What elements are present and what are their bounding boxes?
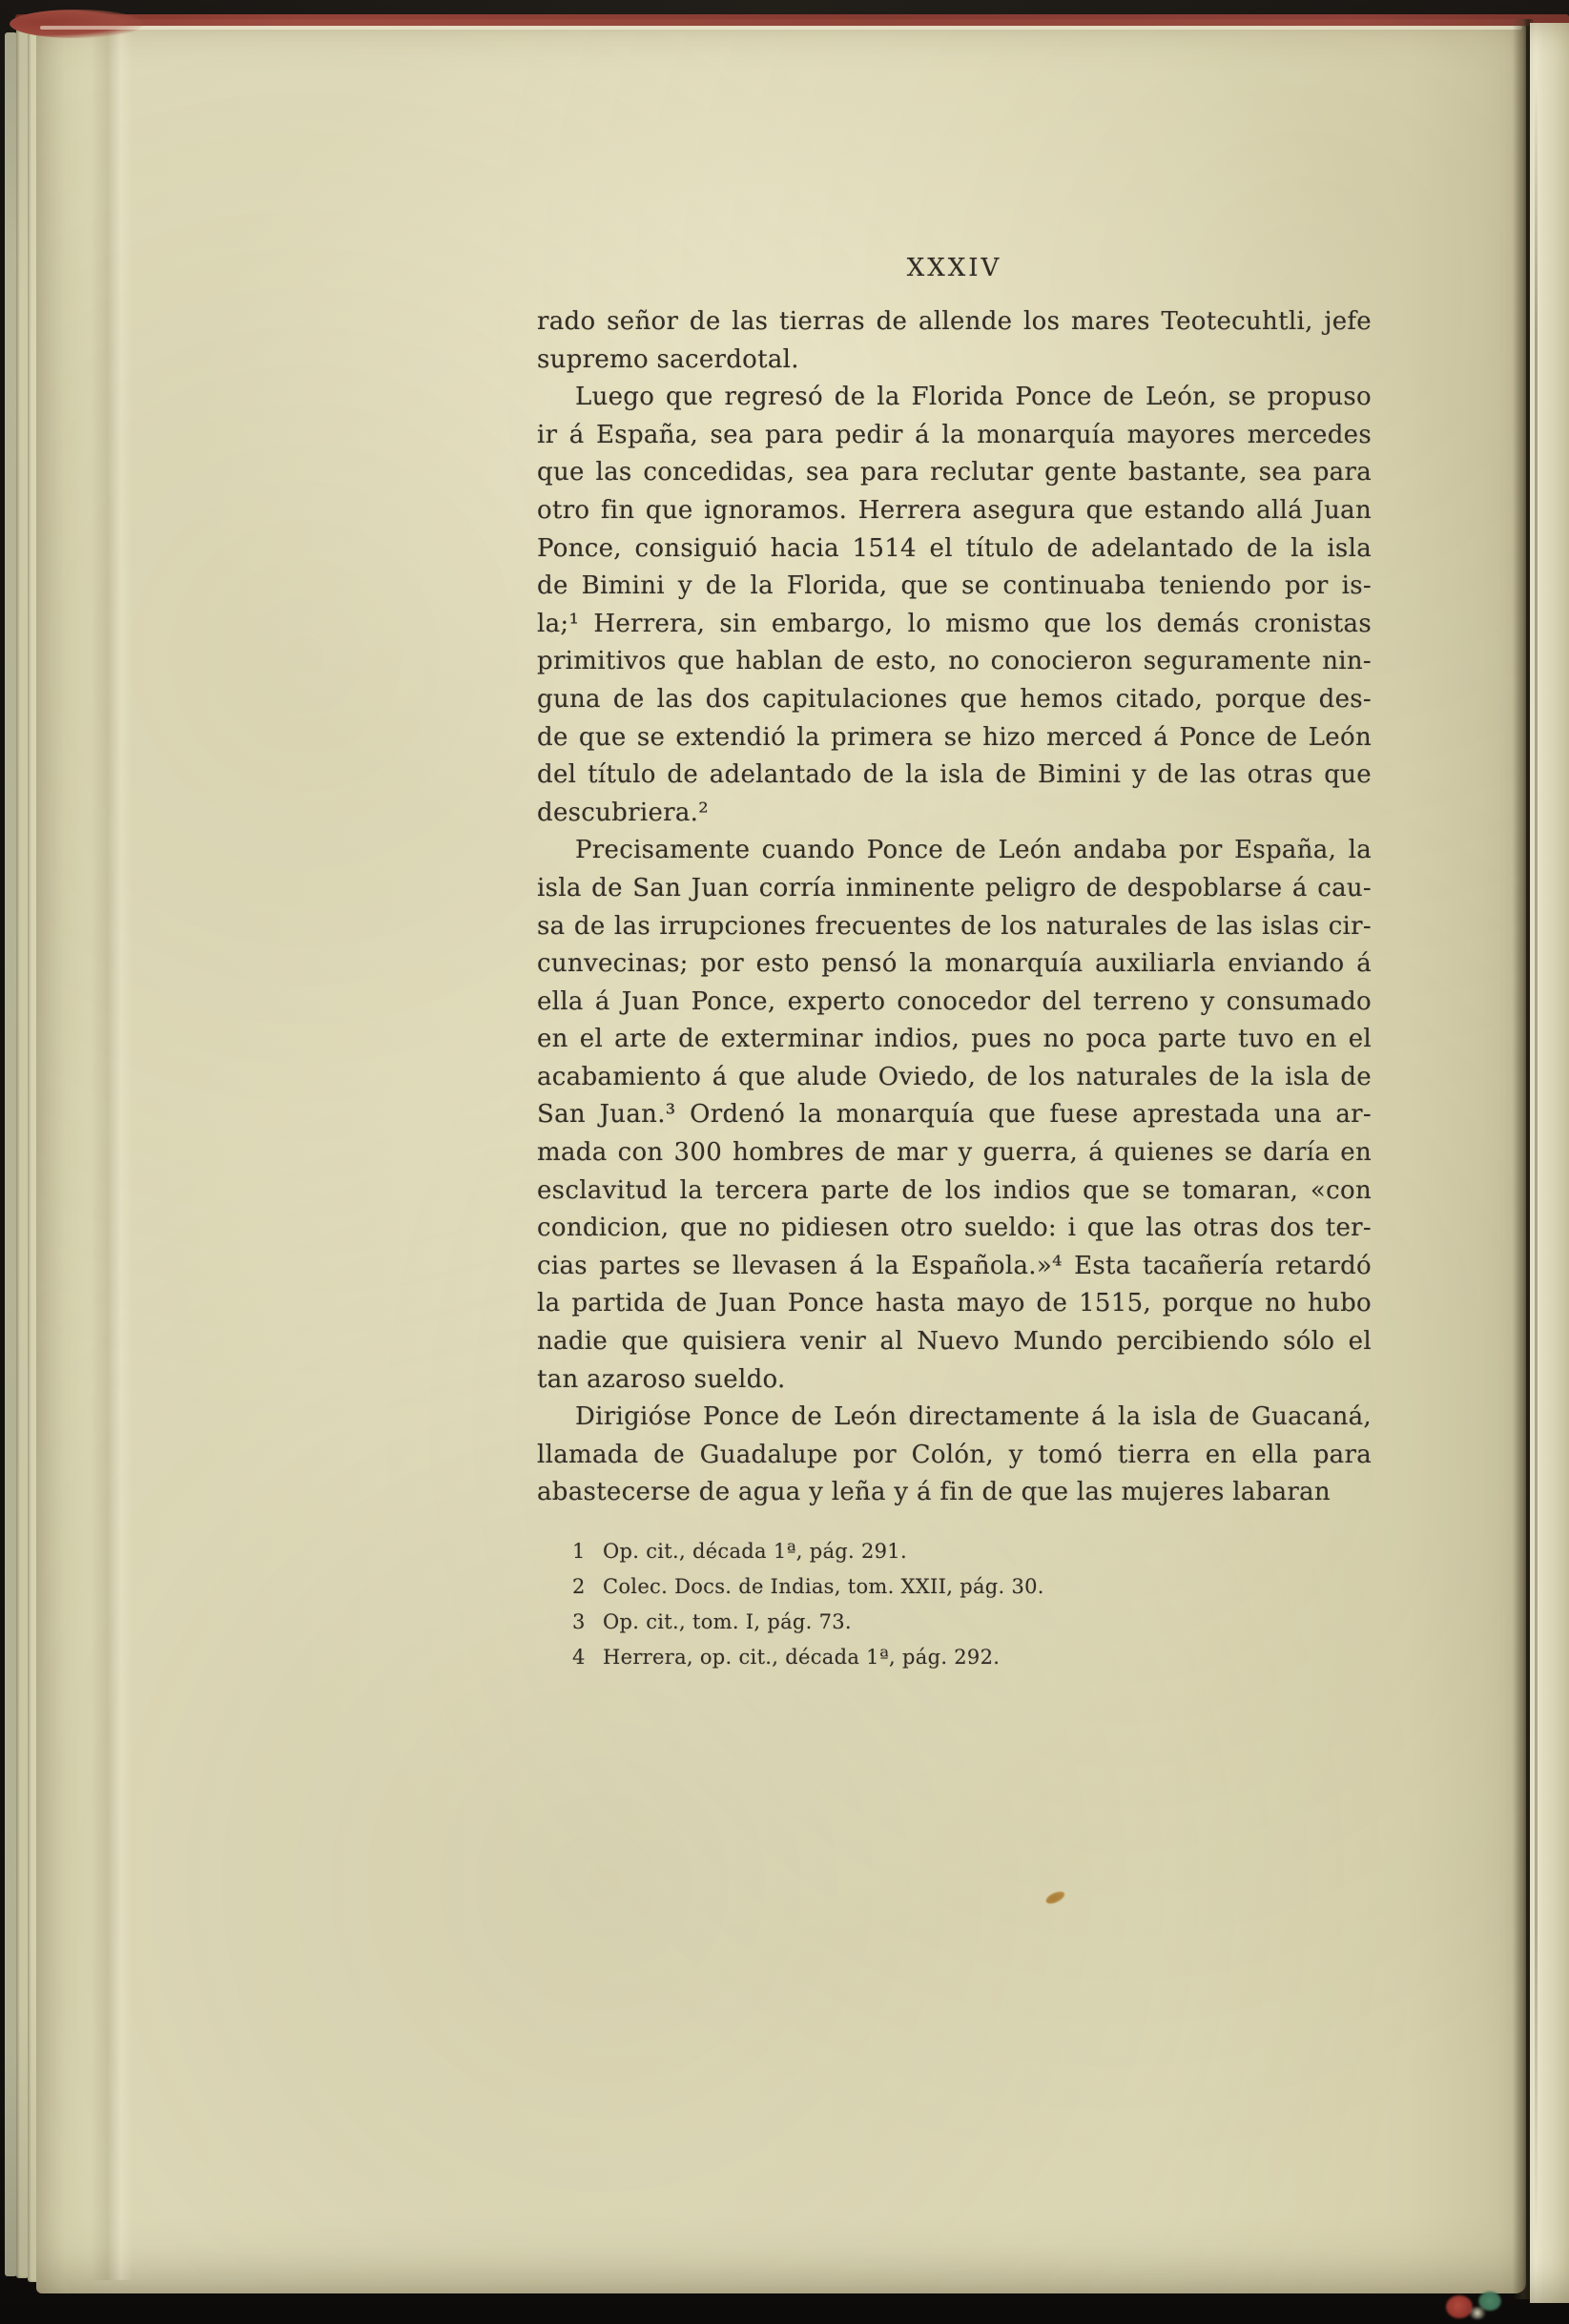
body-line: Luego que regresó de la Florida Ponce de…	[537, 379, 1372, 417]
footnote: 1Op. cit., década 1ª, pág. 291.	[572, 1534, 1378, 1569]
body-lines: rado señor de las tierras de allende los…	[537, 303, 1372, 1512]
footnote: 4Herrera, op. cit., década 1ª, pág. 292.	[572, 1640, 1378, 1675]
body-line: ir á España, sea para pedir á la monarqu…	[537, 417, 1372, 455]
footnote: 3Op. cit., tom. I, pág. 73.	[572, 1605, 1378, 1640]
footnote-number: 3	[572, 1605, 588, 1640]
body-line: acabamiento á que alude Oviedo, de los n…	[537, 1059, 1372, 1097]
body-line: guna de las dos capitulaciones que hemos…	[537, 681, 1372, 719]
top-edge-highlight	[40, 26, 1522, 30]
footnote-text: Herrera, op. cit., década 1ª, pág. 292.	[603, 1646, 1000, 1669]
footnotes: 1Op. cit., década 1ª, pág. 291.2Colec. D…	[572, 1534, 1378, 1675]
footnote-text: Op. cit., década 1ª, pág. 291.	[603, 1540, 907, 1563]
body-line: la partida de Juan Ponce hasta mayo de 1…	[537, 1285, 1372, 1323]
body-line: rado señor de las tierras de allende los…	[537, 303, 1372, 342]
body-line: condicion, que no pidiesen otro sueldo: …	[537, 1210, 1372, 1248]
footnote-number: 2	[572, 1569, 588, 1605]
body-line: otro fin que ignoramos. Herrera asegura …	[537, 492, 1372, 530]
body-line: de Bimini y de la Florida, que se contin…	[537, 568, 1372, 606]
body-line: cunvecinas; por esto pensó la monarquía …	[537, 945, 1372, 984]
body-line: primitivos que hablan de esto, no conoci…	[537, 643, 1372, 681]
body-line: Ponce, consiguió hacia 1514 el título de…	[537, 530, 1372, 569]
footnote-text: Op. cit., tom. I, pág. 73.	[603, 1610, 852, 1633]
body-line: la;¹ Herrera, sin embargo, lo mismo que …	[537, 606, 1372, 644]
sliver-crease-line	[1535, 76, 1538, 2251]
page-number: XXXIV	[537, 254, 1372, 282]
body-line: cias partes se llevasen á la Española.»⁴…	[537, 1248, 1372, 1286]
body-line: Dirigióse Ponce de León directamente á l…	[537, 1399, 1372, 1437]
body-line: supremo sacerdotal.	[537, 342, 1372, 380]
body-line: del título de adelantado de la isla de B…	[537, 757, 1372, 795]
footnote: 2Colec. Docs. de Indias, tom. XXII, pág.…	[572, 1569, 1378, 1605]
body-line: tan azaroso sueldo.	[537, 1361, 1372, 1400]
body-line: Precisamente cuando Ponce de León andaba…	[537, 832, 1372, 870]
body-line: ella á Juan Ponce, experto conocedor del…	[537, 984, 1372, 1022]
footnote-number: 4	[572, 1640, 588, 1675]
body-line: mada con 300 hombres de mar y guerra, á …	[537, 1134, 1372, 1172]
body-line: abastecerse de agua y leña y á fin de qu…	[537, 1474, 1372, 1512]
body-line: descubriera.²	[537, 795, 1372, 833]
body-line: que las concedidas, sea para reclutar ge…	[537, 454, 1372, 492]
red-stain-blotch	[10, 10, 143, 38]
body-line: sa de las irrupciones frecuentes de los …	[537, 908, 1372, 946]
footnote-number: 1	[572, 1534, 588, 1569]
body-line: en el arte de exterminar indios, pues no…	[537, 1021, 1372, 1059]
body-line: de que se extendió la primera se hizo me…	[537, 719, 1372, 757]
body-line: San Juan.³ Ordenó la monarquía que fuese…	[537, 1096, 1372, 1134]
body-line: esclavitud la tercera parte de los indio…	[537, 1172, 1372, 1211]
body-line: nadie que quisiera venir al Nuevo Mundo …	[537, 1323, 1372, 1361]
body-line: isla de San Juan corría inminente peligr…	[537, 870, 1372, 908]
body-line: llamada de Guadalupe por Colón, y tomó t…	[537, 1437, 1372, 1475]
red-stained-top-edge	[15, 14, 1569, 26]
footnote-text: Colec. Docs. de Indias, tom. XXII, pág. …	[603, 1575, 1044, 1598]
